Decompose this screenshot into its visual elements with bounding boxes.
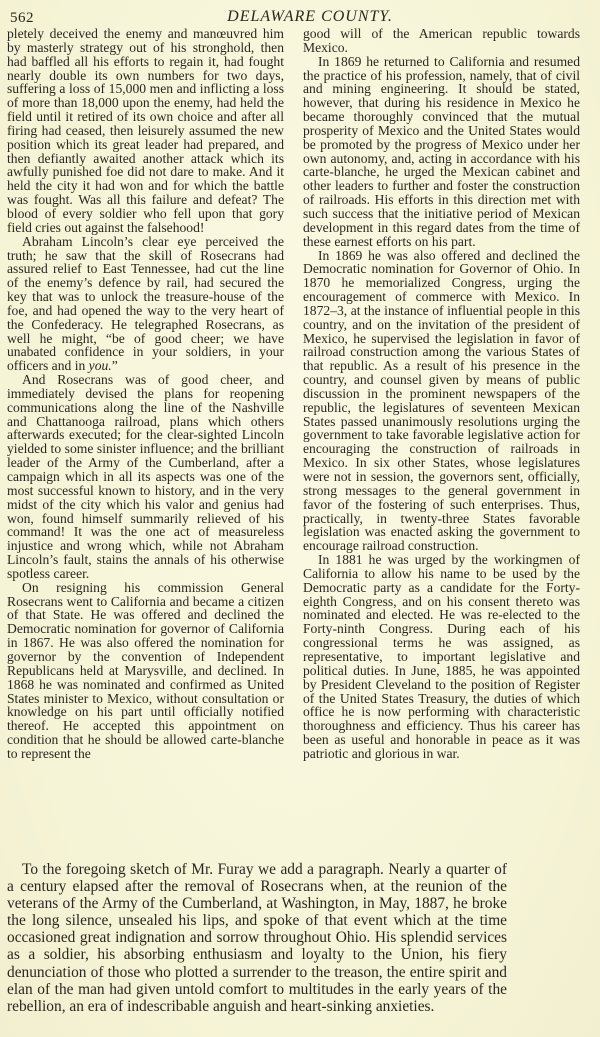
two-column-body: pletely deceived the enemy and manœuvred… [7,27,595,857]
paragraph: To the foregoing sketch of Mr. Furay we … [7,861,507,1015]
paragraph-text: Abraham Lincoln’s clear eye perceived th… [7,234,284,374]
italic-word: you. [89,358,112,373]
paragraph: pletely deceived the enemy and manœuvred… [7,27,284,235]
right-column: good will of the American republic towar… [303,27,580,761]
book-page: 562 DELAWARE COUNTY. pletely deceived th… [0,0,600,1037]
paragraph: In 1869 he was also offered and declined… [303,249,580,554]
paragraph: In 1881 he was urged by the workingmen o… [303,553,580,761]
page-title: DELAWARE COUNTY. [10,8,590,26]
paragraph: And Rosecrans was of good cheer, and imm… [7,373,284,581]
full-width-section: To the foregoing sketch of Mr. Furay we … [7,861,507,1015]
paragraph: On resigning his commission General Rose… [7,581,284,761]
closing-quote: ” [112,358,118,373]
left-column: pletely deceived the enemy and manœuvred… [7,27,284,761]
paragraph: Abraham Lincoln’s clear eye perceived th… [7,235,284,373]
paragraph: In 1869 he returned to California and re… [303,55,580,249]
paragraph: good will of the American republic towar… [303,27,580,55]
